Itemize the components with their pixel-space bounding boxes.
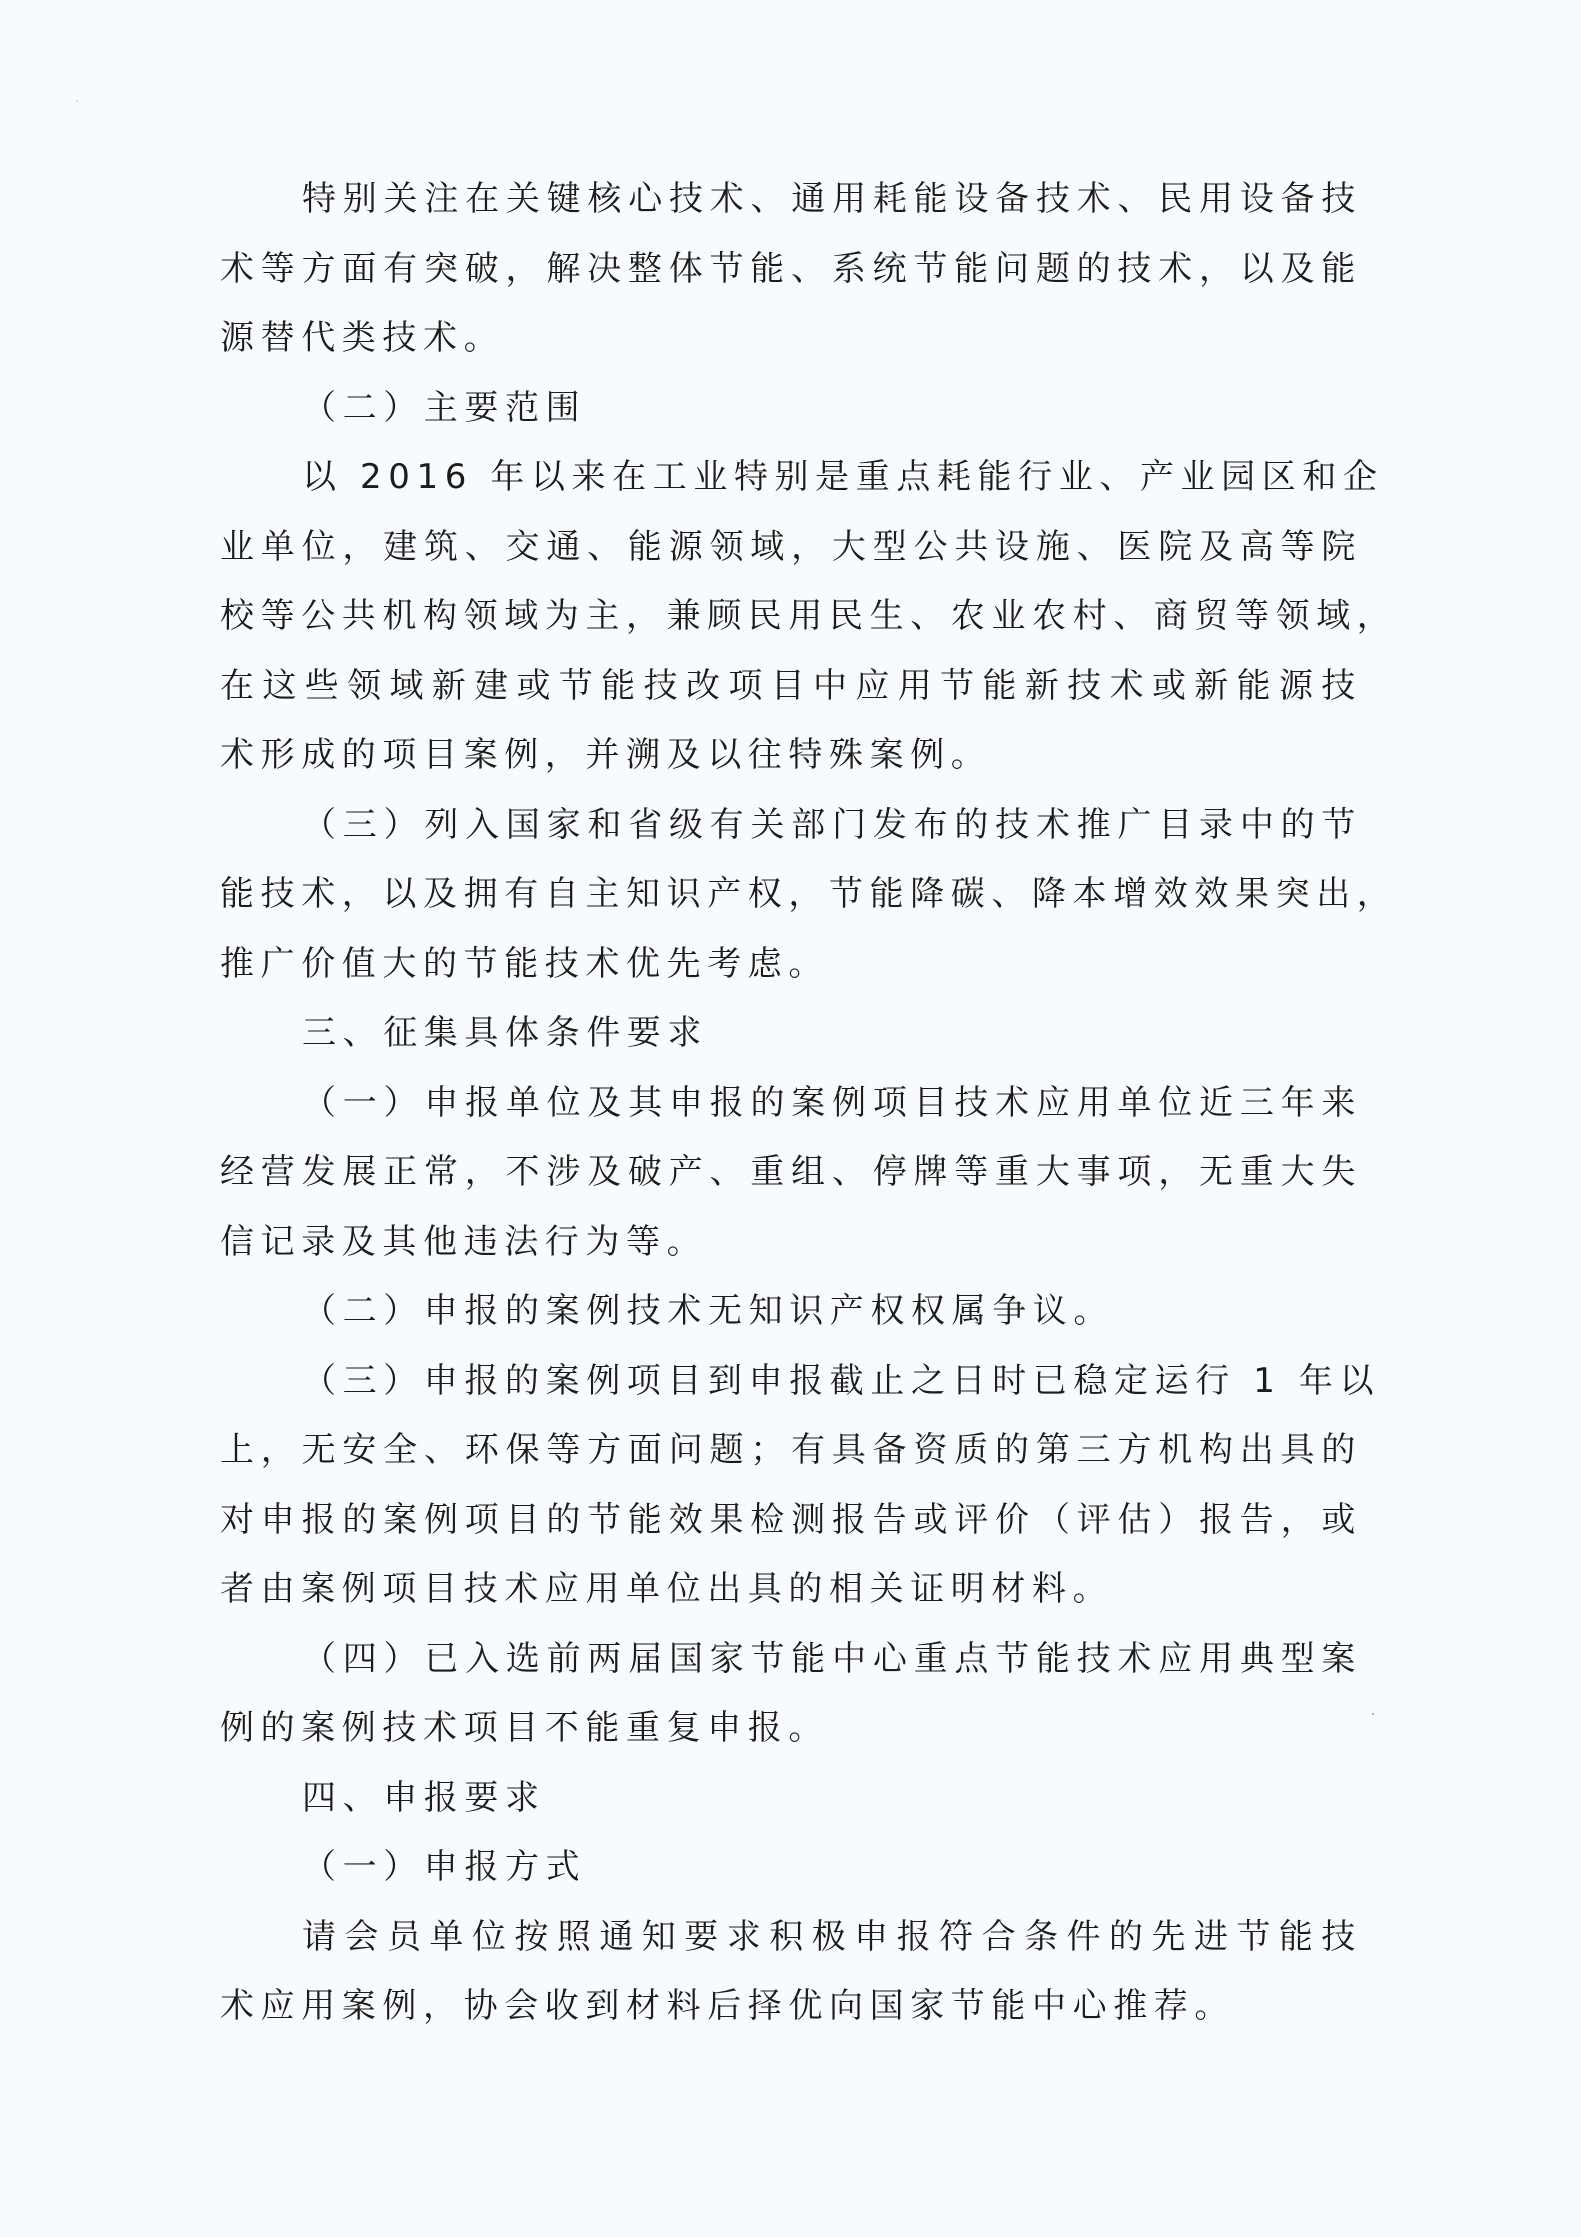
paragraph-line: 校等公共机构领域为主，兼顾民用民生、农业农村、商贸等领域，: [220, 581, 1362, 651]
paragraph-line: 推广价值大的节能技术优先考虑。: [220, 929, 1370, 999]
paragraph-line: （三）列入国家和省级有关部门发布的技术推广目录中的节: [220, 790, 1362, 860]
paragraph-line: 术等方面有突破，解决整体节能、系统节能问题的技术，以及能: [220, 234, 1362, 304]
paragraph-line: 源替代类技术。: [220, 303, 1370, 373]
section-heading-main-scope: （二）主要范围: [220, 373, 1370, 443]
paragraph-line: 经营发展正常，不涉及破产、重组、停牌等重大事项，无重大失: [220, 1137, 1362, 1207]
subsection-heading-method: （一）申报方式: [220, 1832, 1370, 1902]
scan-speck: [76, 100, 78, 102]
paragraph-line: 在这些领域新建或节能技改项目中应用节能新技术或新能源技: [220, 651, 1362, 721]
paragraph-line: 能技术，以及拥有自主知识产权，节能降碳、降本增效效果突出，: [220, 859, 1362, 929]
paragraph-line: （二）申报的案例技术无知识产权权属争议。: [220, 1276, 1370, 1346]
paragraph-line: 信记录及其他违法行为等。: [220, 1207, 1370, 1277]
paragraph-line: （四）已入选前两届国家节能中心重点节能技术应用典型案: [220, 1624, 1362, 1694]
paragraph-line: 以 2016 年以来在工业特别是重点耗能行业、产业园区和企: [220, 442, 1362, 512]
paragraph-line: 业单位，建筑、交通、能源领域，大型公共设施、医院及高等院: [220, 512, 1362, 582]
document-body: 特别关注在关键核心技术、通用耗能设备技术、民用设备技 术等方面有突破，解决整体节…: [220, 164, 1370, 2041]
paragraph-line: 术形成的项目案例，并溯及以往特殊案例。: [220, 720, 1370, 790]
paragraph-line: （一）申报单位及其申报的案例项目技术应用单位近三年来: [220, 1068, 1362, 1138]
scan-speck: [1372, 1713, 1374, 1715]
document-page: 特别关注在关键核心技术、通用耗能设备技术、民用设备技 术等方面有突破，解决整体节…: [0, 0, 1581, 2237]
paragraph-line: 例的案例技术项目不能重复申报。: [220, 1693, 1370, 1763]
paragraph-line: 请会员单位按照通知要求积极申报符合条件的先进节能技: [220, 1902, 1362, 1972]
paragraph-line: 者由案例项目技术应用单位出具的相关证明材料。: [220, 1554, 1370, 1624]
section-heading-conditions: 三、征集具体条件要求: [220, 998, 1370, 1068]
section-heading-requirements: 四、申报要求: [220, 1763, 1370, 1833]
paragraph-line: 特别关注在关键核心技术、通用耗能设备技术、民用设备技: [220, 164, 1362, 234]
paragraph-line: 对申报的案例项目的节能效果检测报告或评价（评估）报告，或: [220, 1485, 1362, 1555]
paragraph-line: 上，无安全、环保等方面问题；有具备资质的第三方机构出具的: [220, 1415, 1362, 1485]
paragraph-line: 术应用案例，协会收到材料后择优向国家节能中心推荐。: [220, 1971, 1370, 2041]
paragraph-line: （三）申报的案例项目到申报截止之日时已稳定运行 1 年以: [220, 1346, 1362, 1416]
